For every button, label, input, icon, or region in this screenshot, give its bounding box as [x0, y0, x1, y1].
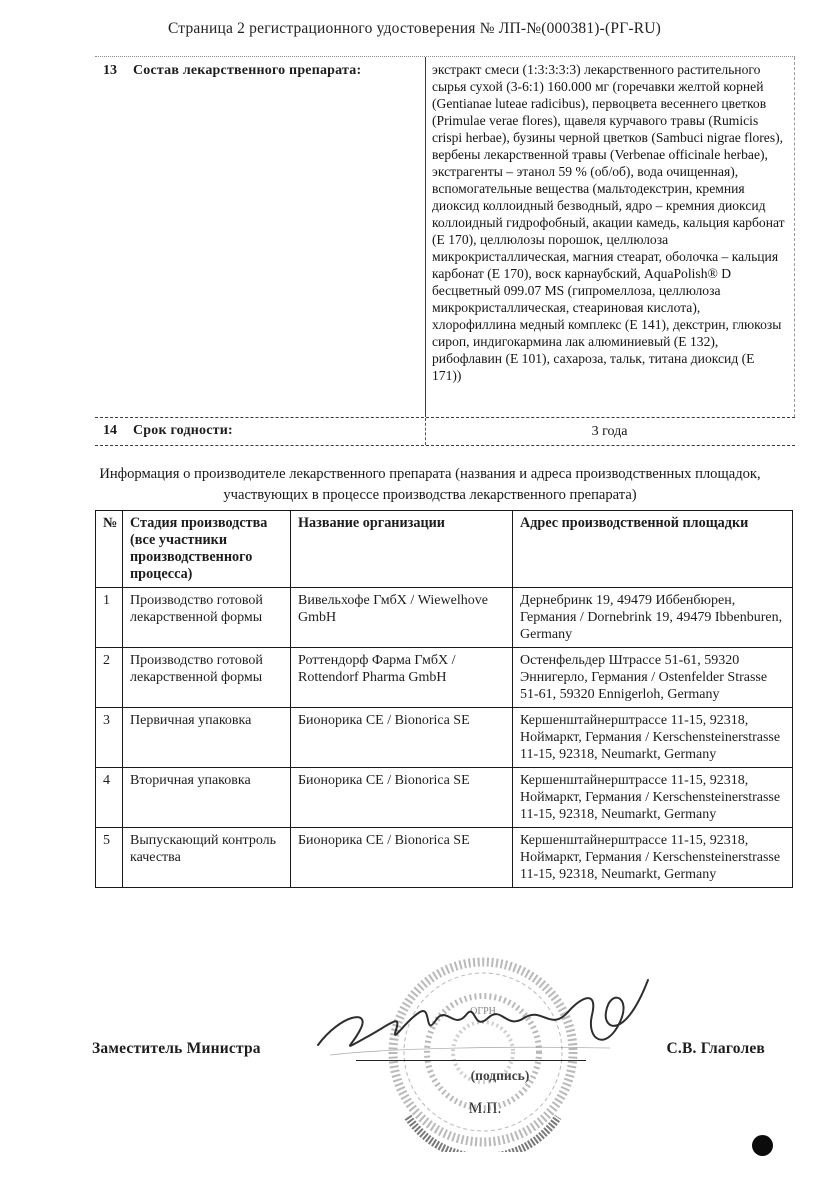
header-address: Адрес производственной площадки: [513, 511, 793, 588]
item-13-left-cell: 13 Состав лекарственного препарата:: [95, 57, 425, 417]
header-number: №: [96, 511, 123, 588]
item-13-value: экстракт смеси (1:3:3:3:3) лекарственног…: [425, 57, 795, 417]
row-stage: Выпускающий контроль качества: [123, 828, 291, 888]
row-number: 3: [96, 708, 123, 768]
signature-caption: (подпись): [440, 1068, 560, 1084]
row-address: Дернебринк 19, 49479 Иббенбюрен, Германи…: [513, 588, 793, 648]
signature-line: [356, 1060, 586, 1061]
table-row: 3 Первичная упаковка Бионорика СЕ / Bion…: [96, 708, 793, 768]
row-number: 2: [96, 648, 123, 708]
item-14-label: Срок годности:: [133, 423, 233, 439]
manufacturing-table: № Стадия производства (все участники про…: [95, 510, 793, 888]
item-14-left-cell: 14 Срок годности:: [95, 418, 425, 445]
signer-position: Заместитель Министра: [92, 1040, 261, 1058]
row-organization: Бионорика СЕ / Bionorica SE: [291, 708, 513, 768]
header-stage: Стадия производства (все участники произ…: [123, 511, 291, 588]
row-address: Кершенштайнерштрассе 11-15, 92318, Нойма…: [513, 828, 793, 888]
row-address: Кершенштайнерштрассе 11-15, 92318, Нойма…: [513, 768, 793, 828]
table-row: 5 Выпускающий контроль качества Бионорик…: [96, 828, 793, 888]
table-header-row: № Стадия производства (все участники про…: [96, 511, 793, 588]
row-organization: Роттендорф Фарма ГмбХ / Rottendorf Pharm…: [291, 648, 513, 708]
table-row: 2 Производство готовой лекарственной фор…: [96, 648, 793, 708]
signer-name: С.В. Глаголев: [667, 1040, 765, 1058]
item-row-13: 13 Состав лекарственного препарата: экст…: [95, 56, 795, 417]
page-title: Страница 2 регистрационного удостоверени…: [0, 20, 829, 38]
row-number: 4: [96, 768, 123, 828]
row-address: Остенфельдер Штрассе 51-61, 59320 Энниге…: [513, 648, 793, 708]
row-organization: Бионорика СЕ / Bionorica SE: [291, 828, 513, 888]
row-address: Кершенштайнерштрассе 11-15, 92318, Нойма…: [513, 708, 793, 768]
signature: [310, 960, 655, 1080]
item-14-value: 3 года: [425, 418, 795, 445]
manufacturer-note: Информация о производителе лекарственног…: [65, 464, 795, 506]
scan-artifact-dot: [752, 1135, 773, 1156]
row-stage: Вторичная упаковка: [123, 768, 291, 828]
table-row: 4 Вторичная упаковка Бионорика СЕ / Bion…: [96, 768, 793, 828]
table-row: 1 Производство готовой лекарственной фор…: [96, 588, 793, 648]
item-row-14: 14 Срок годности: 3 года: [95, 417, 795, 446]
item-13-number: 13: [95, 63, 133, 417]
item-14-number: 14: [95, 423, 133, 439]
document-page: Страница 2 регистрационного удостоверени…: [0, 0, 829, 1202]
item-13-label: Состав лекарственного препарата:: [133, 63, 361, 417]
row-stage: Производство готовой лекарственной формы: [123, 588, 291, 648]
row-number: 5: [96, 828, 123, 888]
row-number: 1: [96, 588, 123, 648]
row-stage: Первичная упаковка: [123, 708, 291, 768]
row-stage: Производство готовой лекарственной формы: [123, 648, 291, 708]
row-organization: Вивельхофе ГмбХ / Wiewelhove GmbH: [291, 588, 513, 648]
row-organization: Бионорика СЕ / Bionorica SE: [291, 768, 513, 828]
header-organization: Название организации: [291, 511, 513, 588]
stamp-place-label: М.П.: [455, 1100, 515, 1118]
items-13-14-block: 13 Состав лекарственного препарата: экст…: [95, 56, 795, 446]
